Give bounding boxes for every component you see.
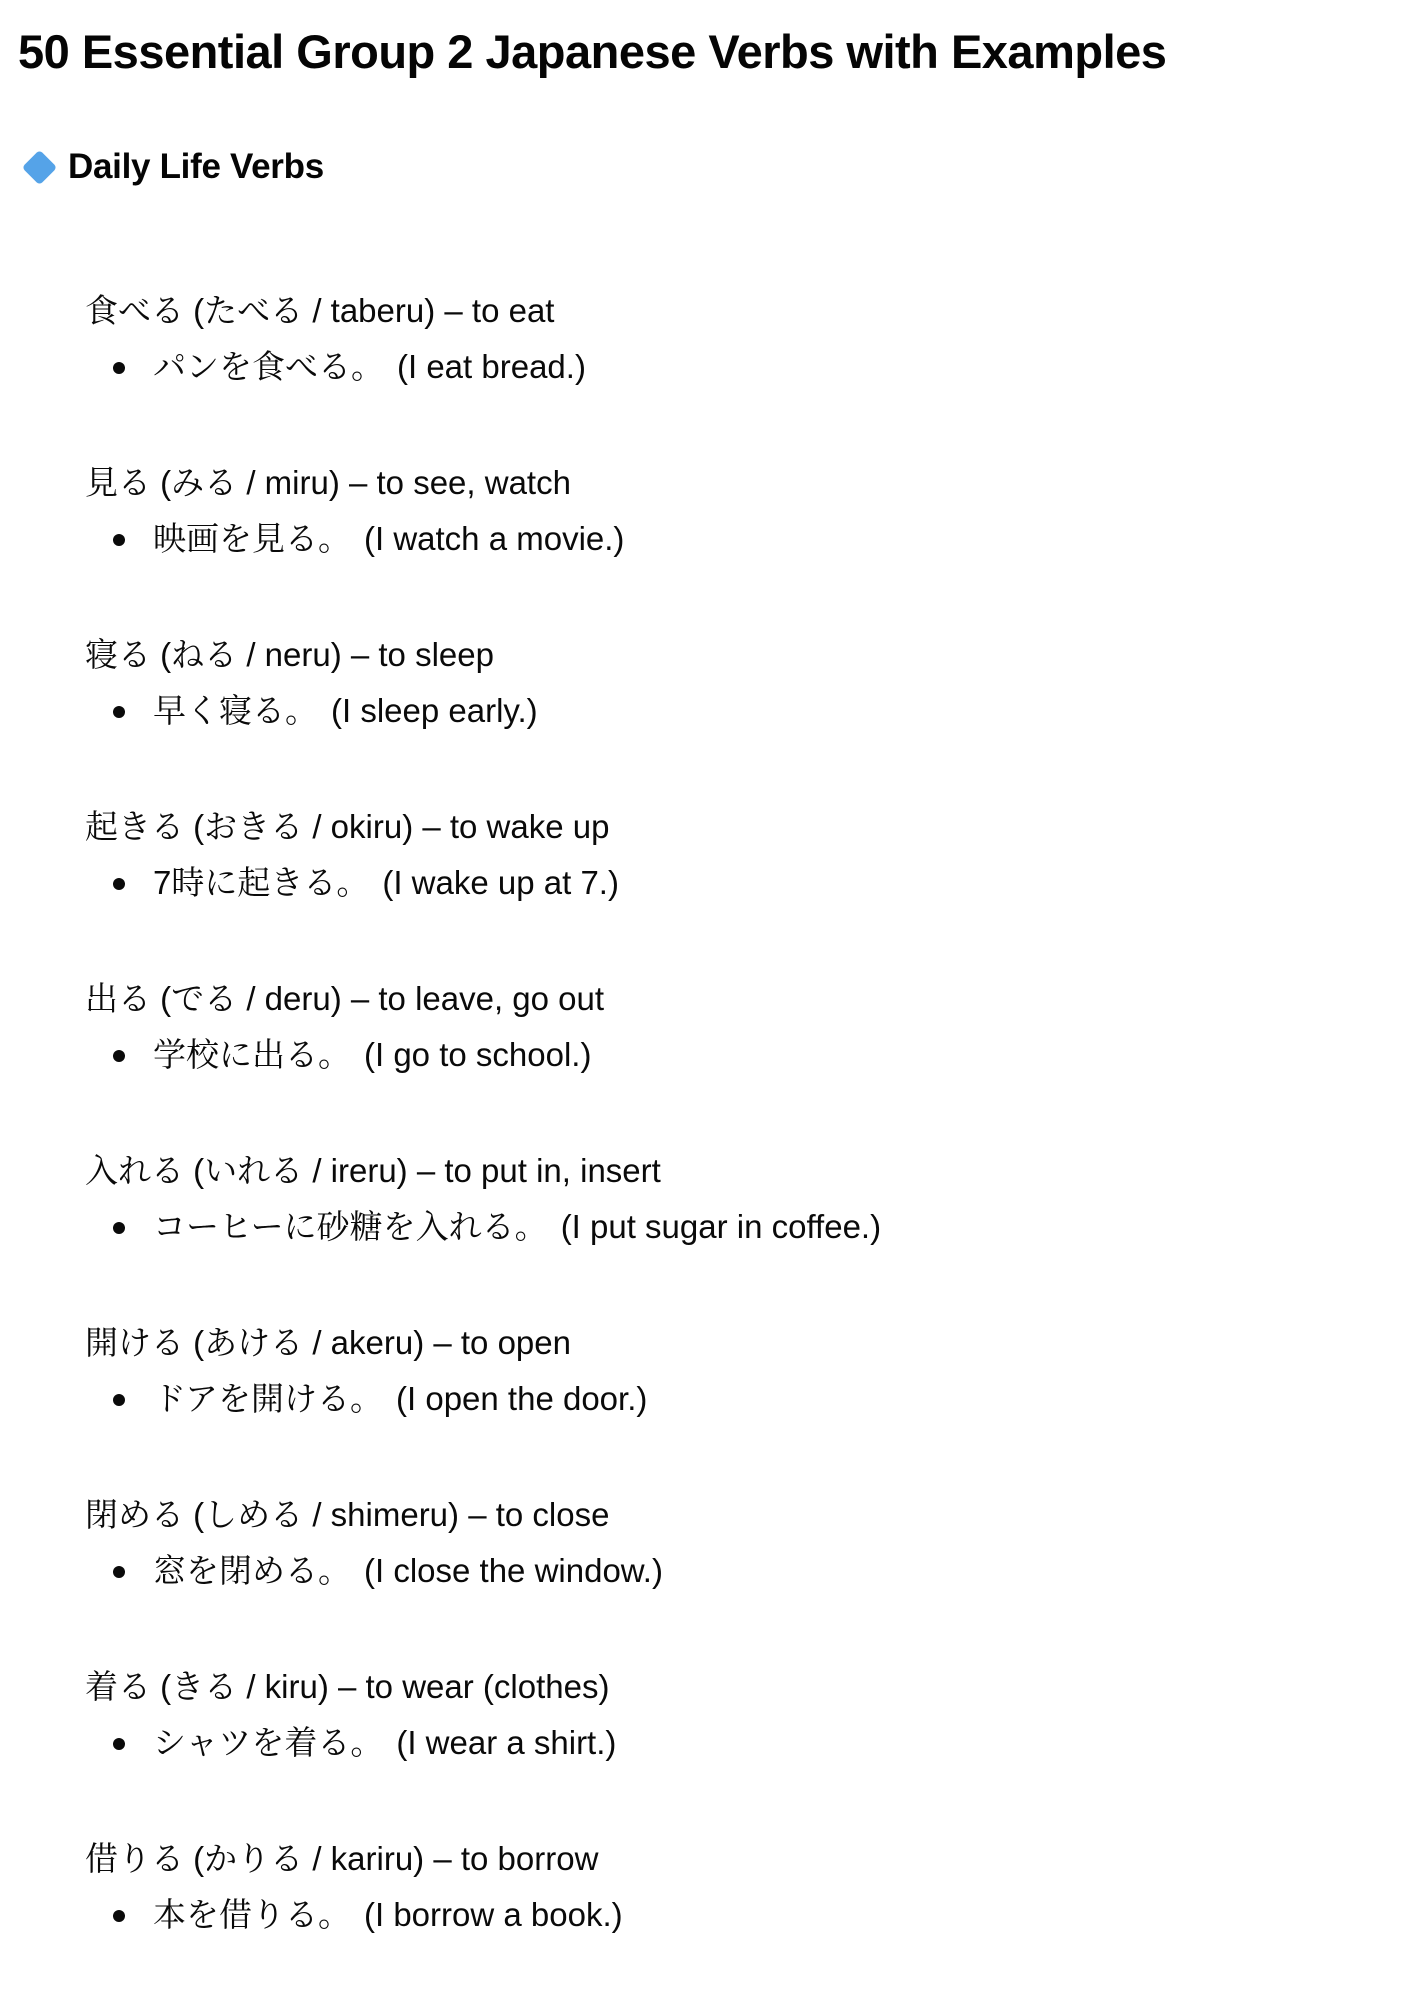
example-sentence-japanese: 本を借りる。 [153, 1887, 351, 1943]
example-sentence-japanese: コーヒーに砂糖を入れる。 [153, 1199, 548, 1255]
bullet-dot-icon [113, 1222, 125, 1234]
example-translation-english: (I open the door.) [396, 1371, 647, 1427]
verb-headword: 出る (でる / deru) – to leave, go out [85, 971, 1389, 1027]
bullet-dot-icon [113, 1738, 125, 1750]
verb-headword: 寝る (ねる / neru) – to sleep [85, 627, 1389, 683]
verb-entry: 着る (きる / kiru) – to wear (clothes) シャツを着… [85, 1659, 1389, 1771]
bullet-dot-icon [113, 362, 125, 374]
example-translation-english: (I watch a movie.) [364, 511, 624, 567]
example-sentence-japanese: 7時に起きる。 [153, 855, 369, 911]
example-item: ドアを開ける。 (I open the door.) [85, 1371, 1389, 1427]
verb-entry: 起きる (おきる / okiru) – to wake up 7時に起きる。 (… [85, 799, 1389, 911]
bullet-dot-icon [113, 706, 125, 718]
example-item: 早く寝る。 (I sleep early.) [85, 683, 1389, 739]
verb-headword: 着る (きる / kiru) – to wear (clothes) [85, 1659, 1389, 1715]
verb-headword: 見る (みる / miru) – to see, watch [85, 455, 1389, 511]
diamond-icon [22, 149, 57, 184]
bullet-dot-icon [113, 1050, 125, 1062]
bullet-dot-icon [113, 534, 125, 546]
example-item: 学校に出る。 (I go to school.) [85, 1027, 1389, 1083]
document-page: 50 Essential Group 2 Japanese Verbs with… [0, 0, 1409, 2000]
bullet-dot-icon [113, 1566, 125, 1578]
example-sentence-japanese: シャツを着る。 [153, 1715, 383, 1771]
example-translation-english: (I borrow a book.) [364, 1887, 623, 1943]
example-translation-english: (I go to school.) [364, 1027, 591, 1083]
verb-headword: 起きる (おきる / okiru) – to wake up [85, 799, 1389, 855]
example-translation-english: (I eat bread.) [397, 339, 586, 395]
verb-list: 食べる (たべる / taberu) – to eat パンを食べる。 (I e… [85, 283, 1389, 1943]
section-heading-label: Daily Life Verbs [68, 145, 324, 189]
example-translation-english: (I wake up at 7.) [382, 855, 619, 911]
verb-entry: 見る (みる / miru) – to see, watch 映画を見る。 (I… [85, 455, 1389, 567]
verb-headword: 食べる (たべる / taberu) – to eat [85, 283, 1389, 339]
verb-headword: 入れる (いれる / ireru) – to put in, insert [85, 1143, 1389, 1199]
bullet-dot-icon [113, 1394, 125, 1406]
example-sentence-japanese: 映画を見る。 [153, 511, 351, 567]
verb-entry: 食べる (たべる / taberu) – to eat パンを食べる。 (I e… [85, 283, 1389, 395]
example-item: 窓を閉める。 (I close the window.) [85, 1543, 1389, 1599]
verb-entry: 出る (でる / deru) – to leave, go out 学校に出る。… [85, 971, 1389, 1083]
verb-headword: 借りる (かりる / kariru) – to borrow [85, 1831, 1389, 1887]
bullet-dot-icon [113, 878, 125, 890]
example-item: 映画を見る。 (I watch a movie.) [85, 511, 1389, 567]
example-translation-english: (I close the window.) [364, 1543, 663, 1599]
example-translation-english: (I put sugar in coffee.) [561, 1199, 881, 1255]
example-sentence-japanese: 早く寝る。 [153, 683, 318, 739]
example-item: 7時に起きる。 (I wake up at 7.) [85, 855, 1389, 911]
verb-entry: 借りる (かりる / kariru) – to borrow 本を借りる。 (I… [85, 1831, 1389, 1943]
verb-entry: 閉める (しめる / shimeru) – to close 窓を閉める。 (I… [85, 1487, 1389, 1599]
verb-headword: 閉める (しめる / shimeru) – to close [85, 1487, 1389, 1543]
example-translation-english: (I wear a shirt.) [396, 1715, 616, 1771]
example-item: シャツを着る。 (I wear a shirt.) [85, 1715, 1389, 1771]
verb-entry: 入れる (いれる / ireru) – to put in, insert コー… [85, 1143, 1389, 1255]
example-sentence-japanese: ドアを開ける。 [153, 1371, 383, 1427]
example-item: 本を借りる。 (I borrow a book.) [85, 1887, 1389, 1943]
example-sentence-japanese: 学校に出る。 [153, 1027, 351, 1083]
example-sentence-japanese: 窓を閉める。 [153, 1543, 351, 1599]
example-translation-english: (I sleep early.) [331, 683, 538, 739]
verb-entry: 開ける (あける / akeru) – to open ドアを開ける。 (I o… [85, 1315, 1389, 1427]
example-item: コーヒーに砂糖を入れる。 (I put sugar in coffee.) [85, 1199, 1389, 1255]
example-item: パンを食べる。 (I eat bread.) [85, 339, 1389, 395]
bullet-dot-icon [113, 1910, 125, 1922]
page-title: 50 Essential Group 2 Japanese Verbs with… [18, 22, 1389, 81]
verb-entry: 寝る (ねる / neru) – to sleep 早く寝る。 (I sleep… [85, 627, 1389, 739]
section-heading: Daily Life Verbs [18, 145, 1389, 189]
example-sentence-japanese: パンを食べる。 [153, 339, 384, 395]
verb-headword: 開ける (あける / akeru) – to open [85, 1315, 1389, 1371]
